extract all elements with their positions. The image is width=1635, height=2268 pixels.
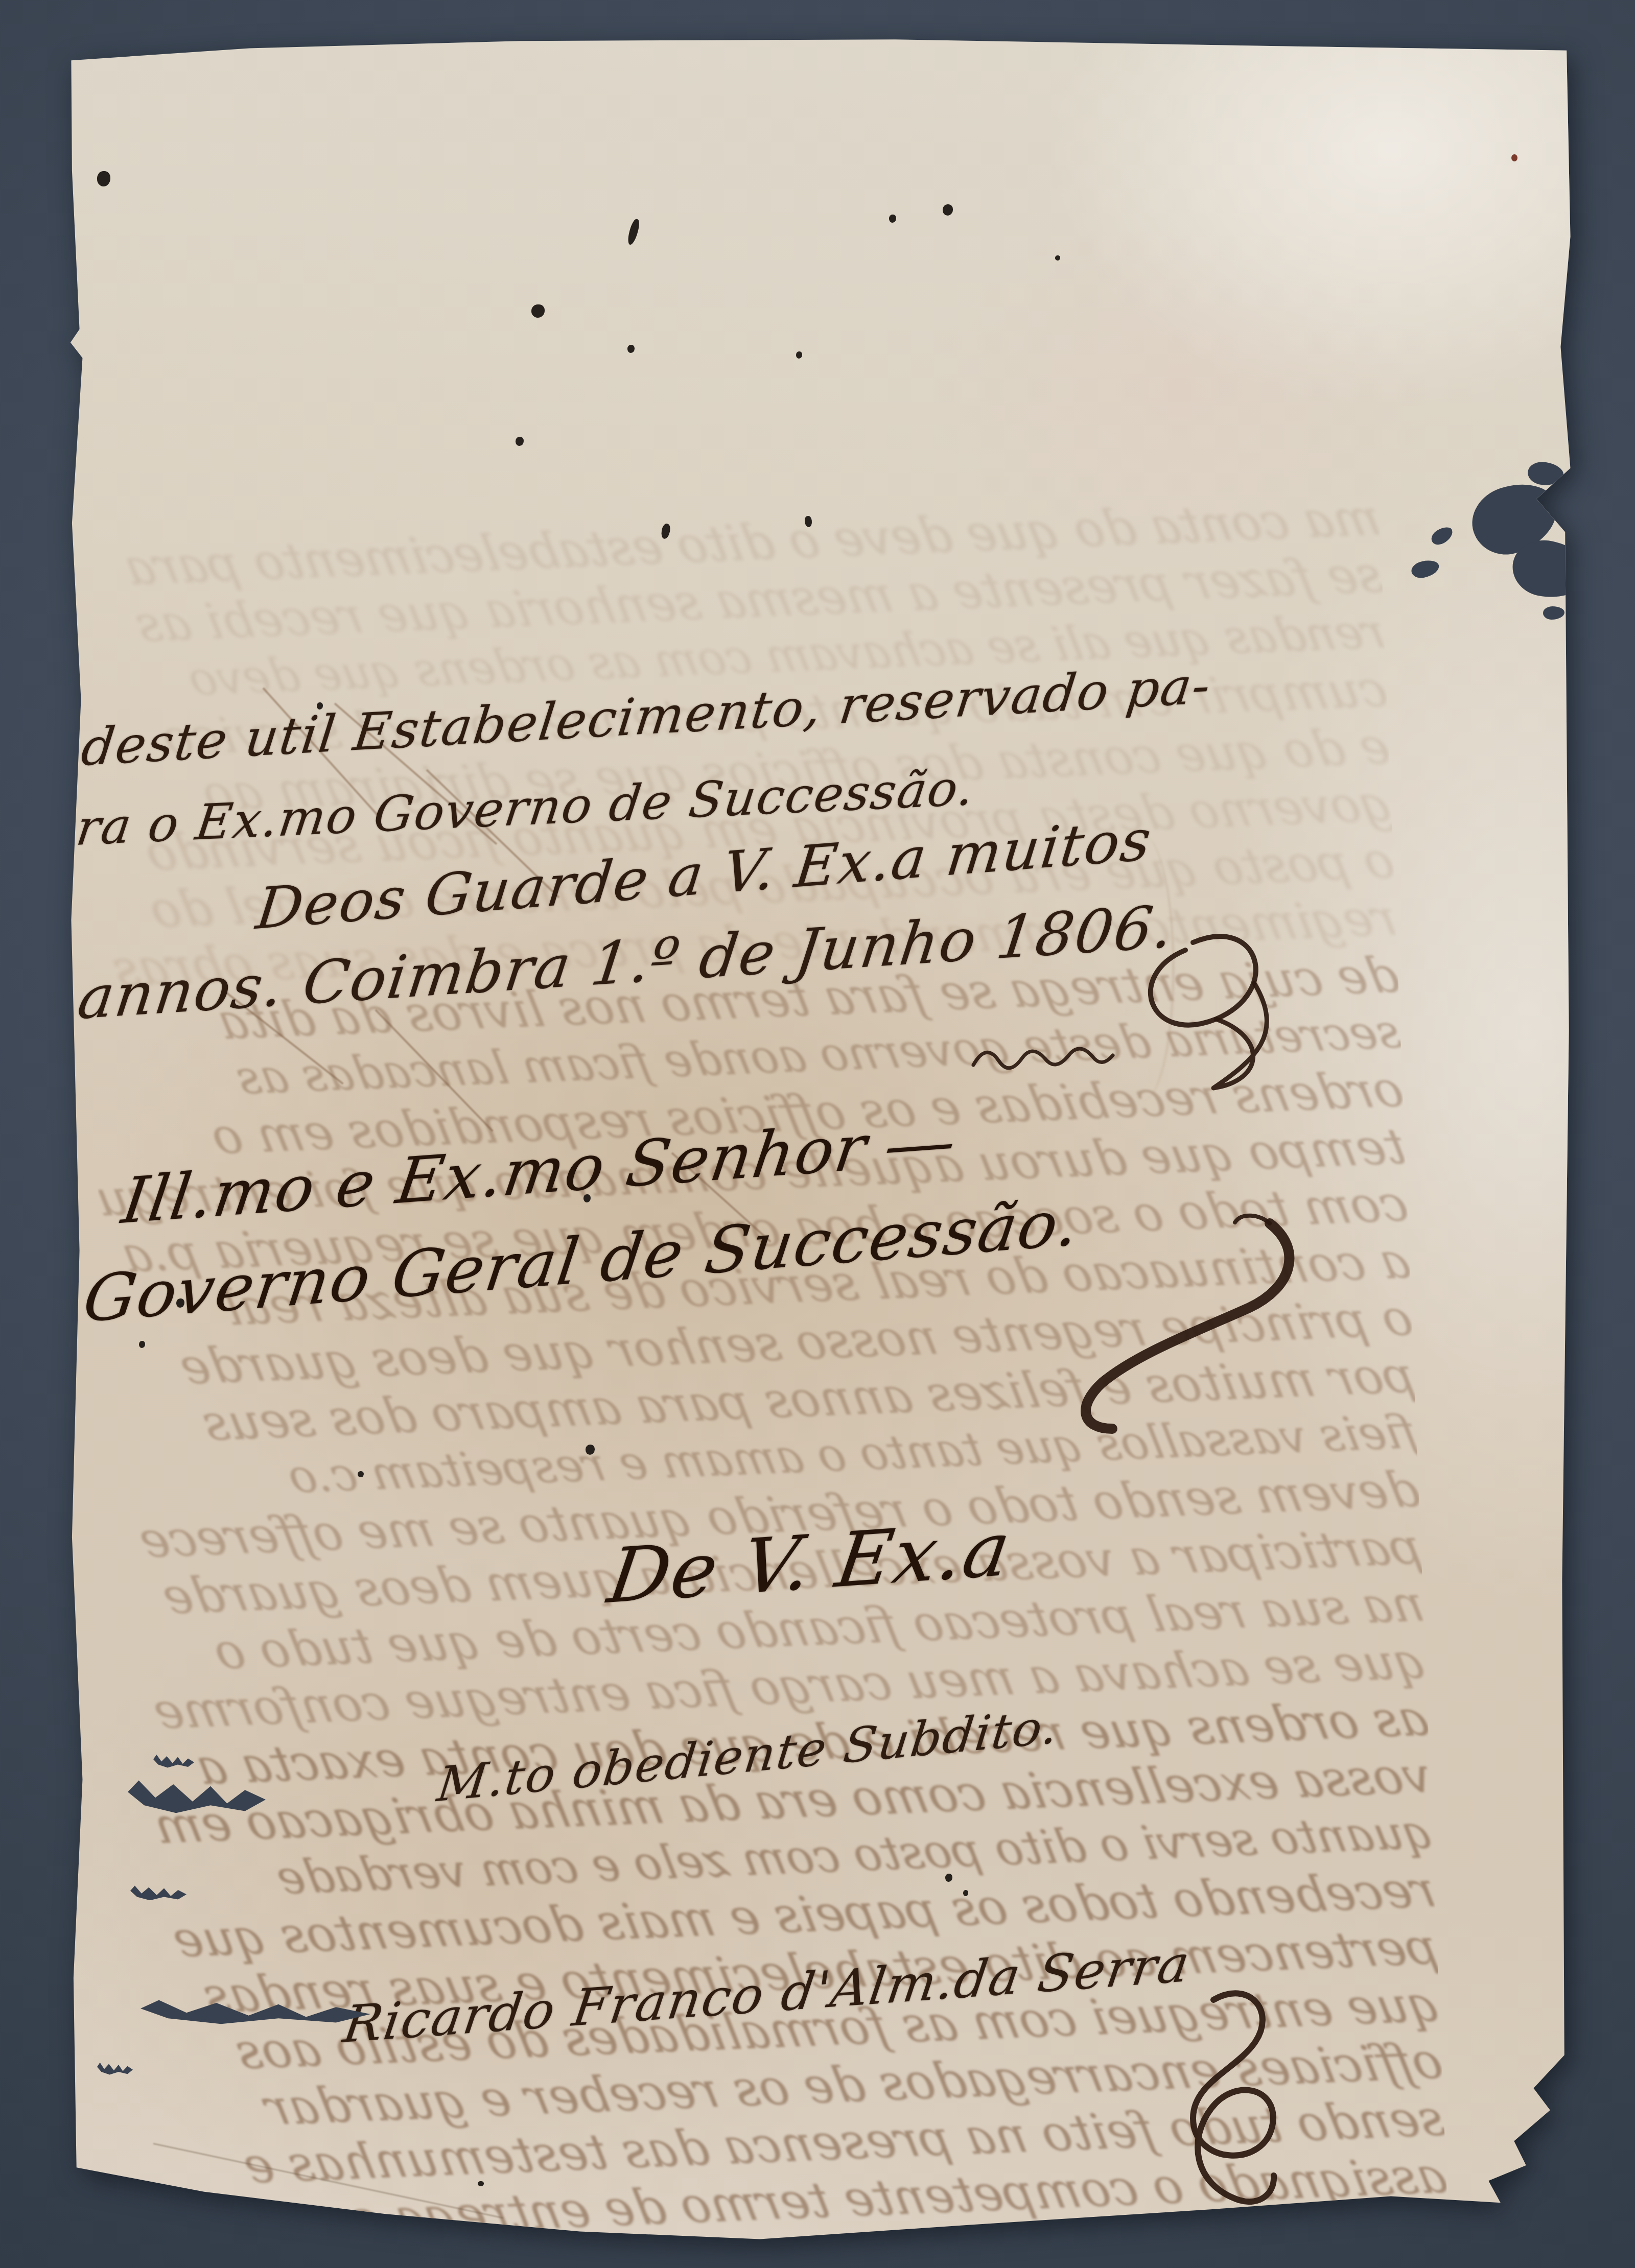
paper-shadow-wrap: ma conta do que deve o dito estabelecime… (0, 0, 1635, 2268)
red-stain (1511, 154, 1517, 161)
salutation-swash-icon (984, 1208, 1341, 1448)
ink-spot (516, 437, 524, 446)
ink-spot (796, 351, 802, 359)
edge-tear (97, 2061, 133, 2075)
manuscript-page: ma conta do que deve o dito estabelecime… (69, 38, 1571, 2242)
photo-background: ma conta do que deve o dito estabelecime… (0, 0, 1635, 2268)
paper-hole (1526, 460, 1565, 487)
ink-spot (1055, 255, 1060, 261)
paper-hole (1543, 606, 1564, 620)
ink-spot (97, 171, 110, 186)
ink-spot (626, 218, 641, 246)
date-flourish-icon (927, 907, 1285, 1121)
paper-hole (1429, 524, 1456, 548)
ink-spot (943, 204, 953, 216)
ink-spot (531, 304, 545, 318)
signature-paraph-icon (1122, 1979, 1295, 2235)
ink-spot (627, 345, 635, 353)
ink-spot (889, 215, 896, 223)
paper-hole (1410, 558, 1440, 580)
